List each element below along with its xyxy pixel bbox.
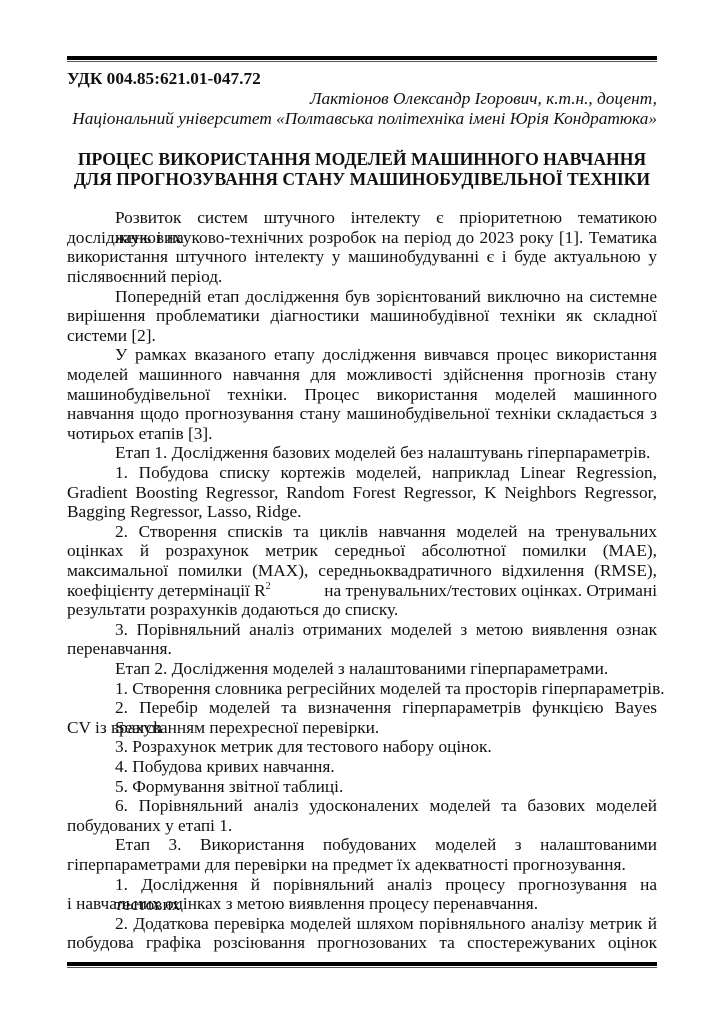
body-line: Gradient Boosting Regressor, Random Fore… — [67, 483, 657, 503]
stage-2-heading: Етап 2. Дослідження моделей з налаштован… — [115, 659, 657, 679]
top-rule-thin — [67, 61, 657, 62]
text-fragment: на тренувальних/тестових оцінках. Отрима… — [324, 581, 657, 601]
stage-3-heading: Етап 3. Використання побудованих моделей… — [115, 835, 657, 855]
text-fragment: коефіцієнту детермінації R — [67, 581, 266, 600]
paper-title-line-2: ДЛЯ ПРОГНОЗУВАННЯ СТАНУ МАШИНОБУДІВЕЛЬНО… — [67, 169, 657, 189]
bottom-rule — [67, 962, 657, 966]
body-line: 2. Створення списків та циклів навчання … — [115, 522, 657, 542]
body-line: У рамках вказаного етапу дослідження вив… — [115, 345, 657, 365]
body-line: і навчальних оцінках з метою виявлення п… — [67, 894, 657, 914]
body-line: гіперпараметрами для перевірки на предме… — [67, 855, 657, 875]
body-line: чотирьох етапів [3]. — [67, 424, 657, 444]
body-line: системи [2]. — [67, 326, 657, 346]
body-line: CV із врахуванням перехресної перевірки. — [67, 718, 657, 738]
body-line: 3. Розрахунок метрик для тестового набор… — [115, 737, 657, 757]
body-line: побудованих у етапі 1. — [67, 816, 657, 836]
body-line: вирішення проблематики діагностики машин… — [67, 306, 657, 326]
top-rule — [67, 56, 657, 60]
author-line: Лактіонов Олександр Ігорович, к.т.н., до… — [67, 89, 657, 109]
body-line-with-superscript: коефіцієнту детермінації R2 на тренуваль… — [67, 581, 657, 601]
body-line: 4. Побудова кривих навчання. — [115, 757, 657, 777]
body-line: досліджень і науково-технічних розробок … — [67, 228, 657, 248]
body-line: 1. Побудова списку кортежів моделей, нап… — [115, 463, 657, 483]
body-line: післявоєнний період. — [67, 267, 657, 287]
body-line: максимальної помилки (MAX), середньоквад… — [67, 561, 657, 581]
body-line: оцінках й розрахунок метрик середньої аб… — [67, 541, 657, 561]
affiliation-line: Національний університет «Полтавська пол… — [67, 109, 657, 129]
superscript: 2 — [266, 581, 271, 592]
body-line: побудова графіка розсіювання прогнозован… — [67, 933, 657, 953]
body-line: 2. Додаткова перевірка моделей шляхом по… — [115, 914, 657, 934]
body-line: 5. Формування звітної таблиці. — [115, 777, 657, 797]
body-line: 6. Порівняльний аналіз удосконалених мод… — [115, 796, 657, 816]
body-line: результати розрахунків додаються до спис… — [67, 600, 657, 620]
body-line: 3. Порівняльний аналіз отриманих моделей… — [115, 620, 657, 640]
body-line: моделей машинного навчання для можливост… — [67, 365, 657, 385]
bottom-rule-thin — [67, 967, 657, 968]
body-line: машинобудівельної техніки. Процес викори… — [67, 385, 657, 405]
body-line: використання штучного інтелекту у машино… — [67, 247, 657, 267]
body-line: 1. Створення словника регресійних моделе… — [115, 679, 657, 699]
body-line: Попередній етап дослідження був зорієнто… — [115, 287, 657, 307]
paper-title-line-1: ПРОЦЕС ВИКОРИСТАННЯ МОДЕЛЕЙ МАШИННОГО НА… — [67, 149, 657, 169]
udk-code: УДК 004.85:621.01-047.72 — [67, 69, 657, 89]
body-line: перенавчання. — [67, 639, 657, 659]
body-line: Bagging Regressor, Lasso, Ridge. — [67, 502, 657, 522]
stage-1-heading: Етап 1. Дослідження базових моделей без … — [115, 443, 657, 463]
body-line: навчання щодо прогнозування стану машино… — [67, 404, 657, 424]
